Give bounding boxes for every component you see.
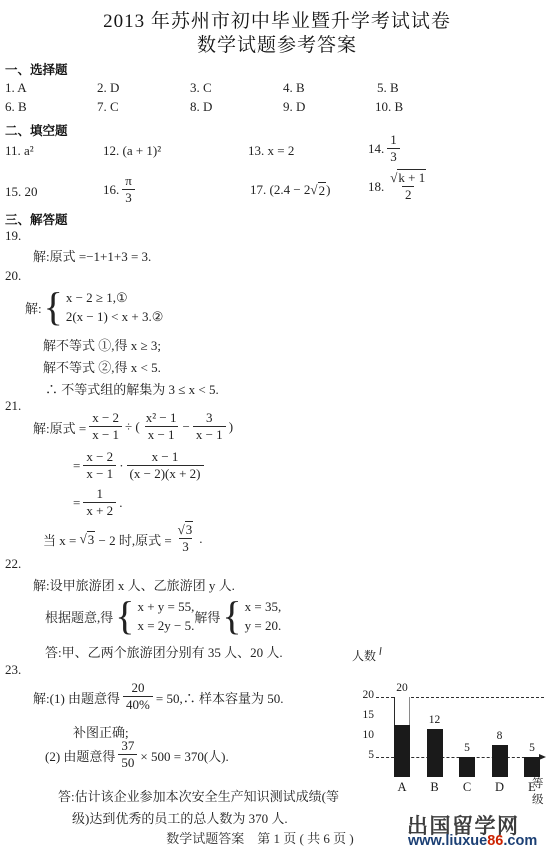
question-20-number: 20. xyxy=(5,268,21,284)
blank-answer-11: 11. a² xyxy=(5,143,34,159)
q23-line-3: (2) 由题意得 3750 × 500 = 370(人). xyxy=(45,736,229,774)
fraction: √k + 1 2 xyxy=(387,170,429,204)
bar-value-label: 20 xyxy=(390,682,414,694)
choice-answer: 8. D xyxy=(190,99,212,115)
inequality-2: 2(x − 1) < x + 3.② xyxy=(66,309,164,325)
q22-answer: 答:甲、乙两个旅游团分别有 35 人、20 人. xyxy=(45,642,283,661)
fraction: x − 2x − 1 xyxy=(89,410,122,444)
watermark-site-url: www.liuxue86.com xyxy=(408,833,537,849)
blank-answer-18: 18. √k + 1 2 xyxy=(368,166,432,208)
blank-answer-14: 14. 1 3 xyxy=(368,131,403,167)
blank-answer-12: 12. (a + 1)² xyxy=(103,143,161,159)
radical-sign: √ xyxy=(310,182,317,198)
section-3-header: 三、解答题 xyxy=(5,210,68,228)
blank-answer-17: 17. (2.4 − 2√2) xyxy=(250,178,330,202)
choice-answer: 6. B xyxy=(5,99,27,115)
fraction: x − 2x − 1 xyxy=(83,449,116,483)
q20-step-2: 解不等式 ②,得 x < 5. xyxy=(43,357,161,376)
question-22-number: 22. xyxy=(5,556,21,572)
radical-sign: √ xyxy=(80,531,87,547)
category-label-C: C xyxy=(459,780,475,795)
q21-line-1: 解:原式 = x − 2x − 1 ÷ ( x² − 1x − 1 − 3x −… xyxy=(33,408,233,446)
category-label-B: B xyxy=(427,780,443,795)
fraction: 2040% xyxy=(123,680,153,714)
q21-line-3: = 1x + 2 . xyxy=(73,485,122,521)
bar-A-completion-outline xyxy=(394,697,410,725)
page-title: 2013 年苏州市初中毕业暨升学考试试卷 xyxy=(0,6,554,33)
fraction: 1 3 xyxy=(387,132,400,166)
choice-answer: 9. D xyxy=(283,99,305,115)
choice-answer: 2. D xyxy=(97,80,119,96)
q22-line-1: 解:设甲旅游团 x 人、乙旅游团 y 人. xyxy=(33,575,235,594)
fraction: √3 3 xyxy=(175,522,197,556)
fraction: 1x + 2 xyxy=(83,486,116,520)
y-axis-label: 人数 xyxy=(352,647,376,664)
y-tick-label: 20 xyxy=(348,689,374,701)
answer-number: 16. xyxy=(103,182,119,198)
q20-step-1: 解不等式 ①,得 x ≥ 3; xyxy=(43,335,161,354)
fraction: x − 1(x − 2)(x + 2) xyxy=(127,449,204,483)
q23-answer-line-1: 答:估计该企业参加本次安全生产知识测试成绩(等 xyxy=(58,786,339,805)
category-label-D: D xyxy=(492,780,508,795)
bar-E xyxy=(524,757,540,777)
fraction: 3750 xyxy=(118,738,137,772)
blank-answer-15: 15. 20 xyxy=(5,184,38,200)
question-21-number: 21. xyxy=(5,398,21,414)
bar-D xyxy=(492,745,508,777)
q21-line-2: = x − 2x − 1 · x − 1(x − 2)(x + 2) xyxy=(73,447,207,485)
y-tick-label: 10 xyxy=(348,729,374,741)
q23-answer-line-2: 级)达到优秀的员工的总人数为 370 人. xyxy=(72,808,288,827)
system-brace: { xyxy=(115,598,134,634)
answer-number: 18. xyxy=(368,179,384,195)
y-tick-label: 15 xyxy=(348,709,374,721)
q21-line-4: 当 x = √3 − 2 时,原式 = √3 3 . xyxy=(43,521,203,557)
choice-answer: 5. B xyxy=(377,80,399,96)
bar-value-label: 5 xyxy=(455,742,479,754)
choice-answer: 3. C xyxy=(190,80,212,96)
url-part-3: .com xyxy=(503,833,537,849)
section-2-header: 二、填空题 xyxy=(5,121,68,139)
answer-number: 14. xyxy=(368,141,384,157)
bar-value-label: 5 xyxy=(520,742,544,754)
answer-sheet-page: 2013 年苏州市初中毕业暨升学考试试卷 数学试题参考答案 一、选择题 1. A… xyxy=(0,0,554,853)
question-19-number: 19. xyxy=(5,228,21,244)
radical-sign: √ xyxy=(178,522,185,537)
blank-answer-16: 16. π 3 xyxy=(103,172,138,208)
system-brace: { xyxy=(44,289,63,325)
question-23-number: 23. xyxy=(5,662,21,678)
inequality-1: x − 2 ≥ 1,① xyxy=(66,290,164,306)
q23-line-1: 解:(1) 由题意得 2040% = 50,∴ 样本容量为 50. xyxy=(33,678,283,716)
bar-value-label: 8 xyxy=(488,730,512,742)
y-axis-arrow-icon xyxy=(379,647,381,655)
choice-answer: 10. B xyxy=(375,99,403,115)
url-part-2: 86 xyxy=(487,833,503,849)
choice-answer: 1. A xyxy=(5,80,27,96)
page-subtitle: 数学试题参考答案 xyxy=(0,30,554,57)
q20-conclusion: ∴ 不等式组的解集为 3 ≤ x < 5. xyxy=(45,379,219,398)
frequency-bar-chart: 人数 等级 510152020A12B5C8D5E xyxy=(348,643,554,811)
fraction: x² − 1x − 1 xyxy=(143,410,180,444)
choice-answer: 7. C xyxy=(97,99,119,115)
choice-answer: 4. B xyxy=(283,80,305,96)
q19-solution: 解:原式 =−1+1+3 = 3. xyxy=(33,246,151,265)
q22-line-2: 根据题意,得 { x + y = 55, x = 2y − 5. 解得 { x … xyxy=(45,594,281,638)
q20-system: 解: { x − 2 ≥ 1,① 2(x − 1) < x + 3.② xyxy=(25,284,163,330)
fraction: π 3 xyxy=(122,173,135,207)
bar-B xyxy=(427,729,443,777)
bar-A xyxy=(394,725,410,777)
x-axis-arrow-icon xyxy=(539,754,546,760)
category-label-E: E xyxy=(524,780,540,795)
system-brace: { xyxy=(222,598,241,634)
url-part-1: www.liuxue xyxy=(408,833,487,849)
fraction: 3x − 1 xyxy=(193,410,226,444)
blank-answer-13: 13. x = 2 xyxy=(248,143,294,159)
category-label-A: A xyxy=(394,780,410,795)
y-tick-label: 5 xyxy=(348,749,374,761)
bar-value-label: 12 xyxy=(423,714,447,726)
section-1-header: 一、选择题 xyxy=(5,60,68,78)
bar-C xyxy=(459,757,475,777)
